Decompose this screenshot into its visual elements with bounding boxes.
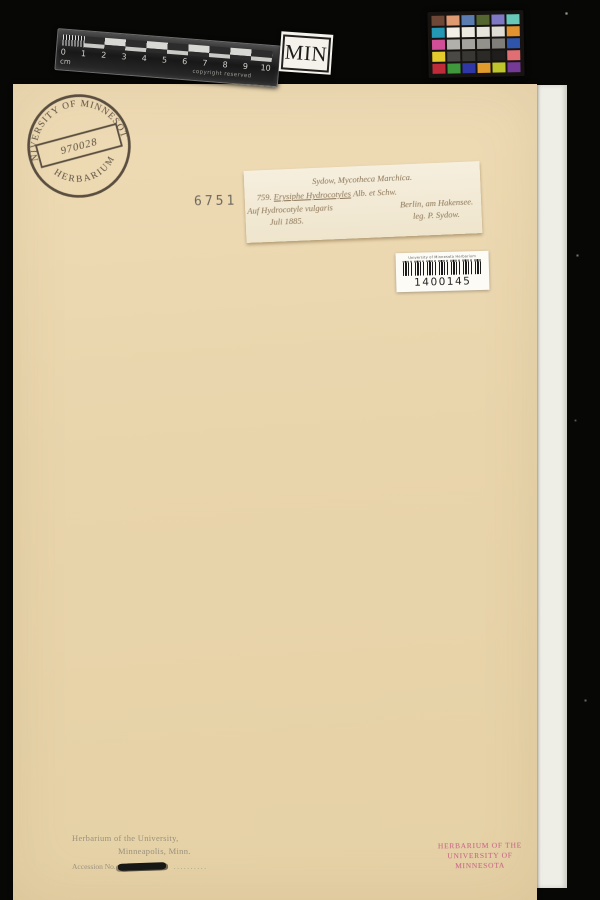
specimen-label: Sydow, Mycotheca Marchica. 759. Erysiphe… (244, 161, 483, 243)
color-patch (492, 38, 505, 48)
footer-line-1: Herbarium of the University, (72, 833, 208, 843)
ownership-stamp-line-2: UNIVERSITY OF MINNESOTA (424, 850, 536, 871)
ruler-tick-number: 6 (179, 57, 191, 67)
footer-accession-line: Accession No. .......... (72, 862, 208, 871)
footer-accession-label: Accession No. (72, 862, 116, 871)
footer-line-2: Minneapolis, Minn. (118, 846, 208, 856)
label-species-name: Erysiphe Hydrocotyles (273, 189, 351, 202)
color-patch (492, 62, 505, 72)
color-patch (506, 14, 519, 24)
ruler-tick-number: 9 (240, 61, 252, 71)
ruler-unit-label: cm (60, 57, 71, 66)
dust-specks (0, 0, 1, 1)
color-patch (446, 15, 459, 25)
label-date: Juli 1885. (270, 216, 304, 227)
color-patch (447, 27, 460, 37)
color-patch (491, 14, 504, 24)
color-patch (447, 63, 460, 73)
color-patch (461, 15, 474, 25)
color-calibration-chart (427, 10, 524, 78)
label-collector: leg. P. Sydow. (413, 209, 460, 221)
scale-ruler: 012345678910 cm copyright reserved (54, 28, 281, 87)
ruler-mm-ticks (62, 35, 85, 48)
color-patch (477, 27, 490, 37)
color-patch (462, 27, 475, 37)
color-patch (477, 39, 490, 49)
color-patch (432, 64, 445, 74)
label-authority: Alb. et Schw. (353, 187, 397, 199)
color-patch (507, 38, 520, 48)
color-patch (431, 16, 444, 26)
color-patch (432, 28, 445, 38)
printed-footer: Herbarium of the University, Minneapolis… (72, 833, 208, 871)
color-patch (432, 40, 445, 50)
barcode-sticker: University of Minnesota Herbarium 140014… (396, 251, 490, 292)
color-patch (477, 63, 490, 73)
ruler-tick-number: 1 (78, 49, 90, 59)
color-patch (507, 50, 520, 60)
color-chart-row (431, 61, 521, 75)
color-patch (507, 26, 520, 36)
ruler-tick-number: 0 (57, 47, 69, 57)
ruler-tick-number: 2 (98, 50, 110, 60)
ruler-tick-number: 7 (199, 58, 211, 68)
ink-scribble (118, 862, 166, 871)
sheet-accession-number: 6751 (194, 194, 238, 210)
dotted-line: .......... (174, 862, 208, 871)
color-patch (462, 39, 475, 49)
ownership-stamp-line-1: HERBARIUM OF THE (424, 840, 536, 851)
color-patch (492, 50, 505, 60)
ruler-tick-number: 5 (159, 55, 171, 65)
backing-sheet (537, 85, 567, 888)
color-patch (447, 39, 460, 49)
color-patch (432, 52, 445, 62)
color-patch (462, 51, 475, 61)
color-patch (462, 63, 475, 73)
ruler-tick-number: 10 (260, 63, 272, 73)
color-patch (476, 15, 489, 25)
institution-code-text: MIN (281, 34, 331, 72)
color-patch (447, 51, 460, 61)
ownership-stamp: HERBARIUM OF THE UNIVERSITY OF MINNESOTA (424, 840, 536, 871)
label-locality: Berlin, am Hakensee. (400, 196, 474, 209)
institution-code-label: MIN (279, 31, 334, 75)
barcode-bars (403, 258, 482, 275)
label-collection-number: 759. (257, 192, 272, 203)
ruler-tick-number: 4 (138, 54, 150, 64)
ruler-tick-number: 8 (219, 60, 231, 70)
specimen-photo: 012345678910 cm copyright reserved MIN U… (0, 0, 600, 900)
color-patch (492, 26, 505, 36)
color-patch (477, 51, 490, 61)
barcode-number: 1400145 (396, 274, 489, 288)
color-patch (507, 62, 520, 72)
ruler-tick-number: 3 (118, 52, 130, 62)
